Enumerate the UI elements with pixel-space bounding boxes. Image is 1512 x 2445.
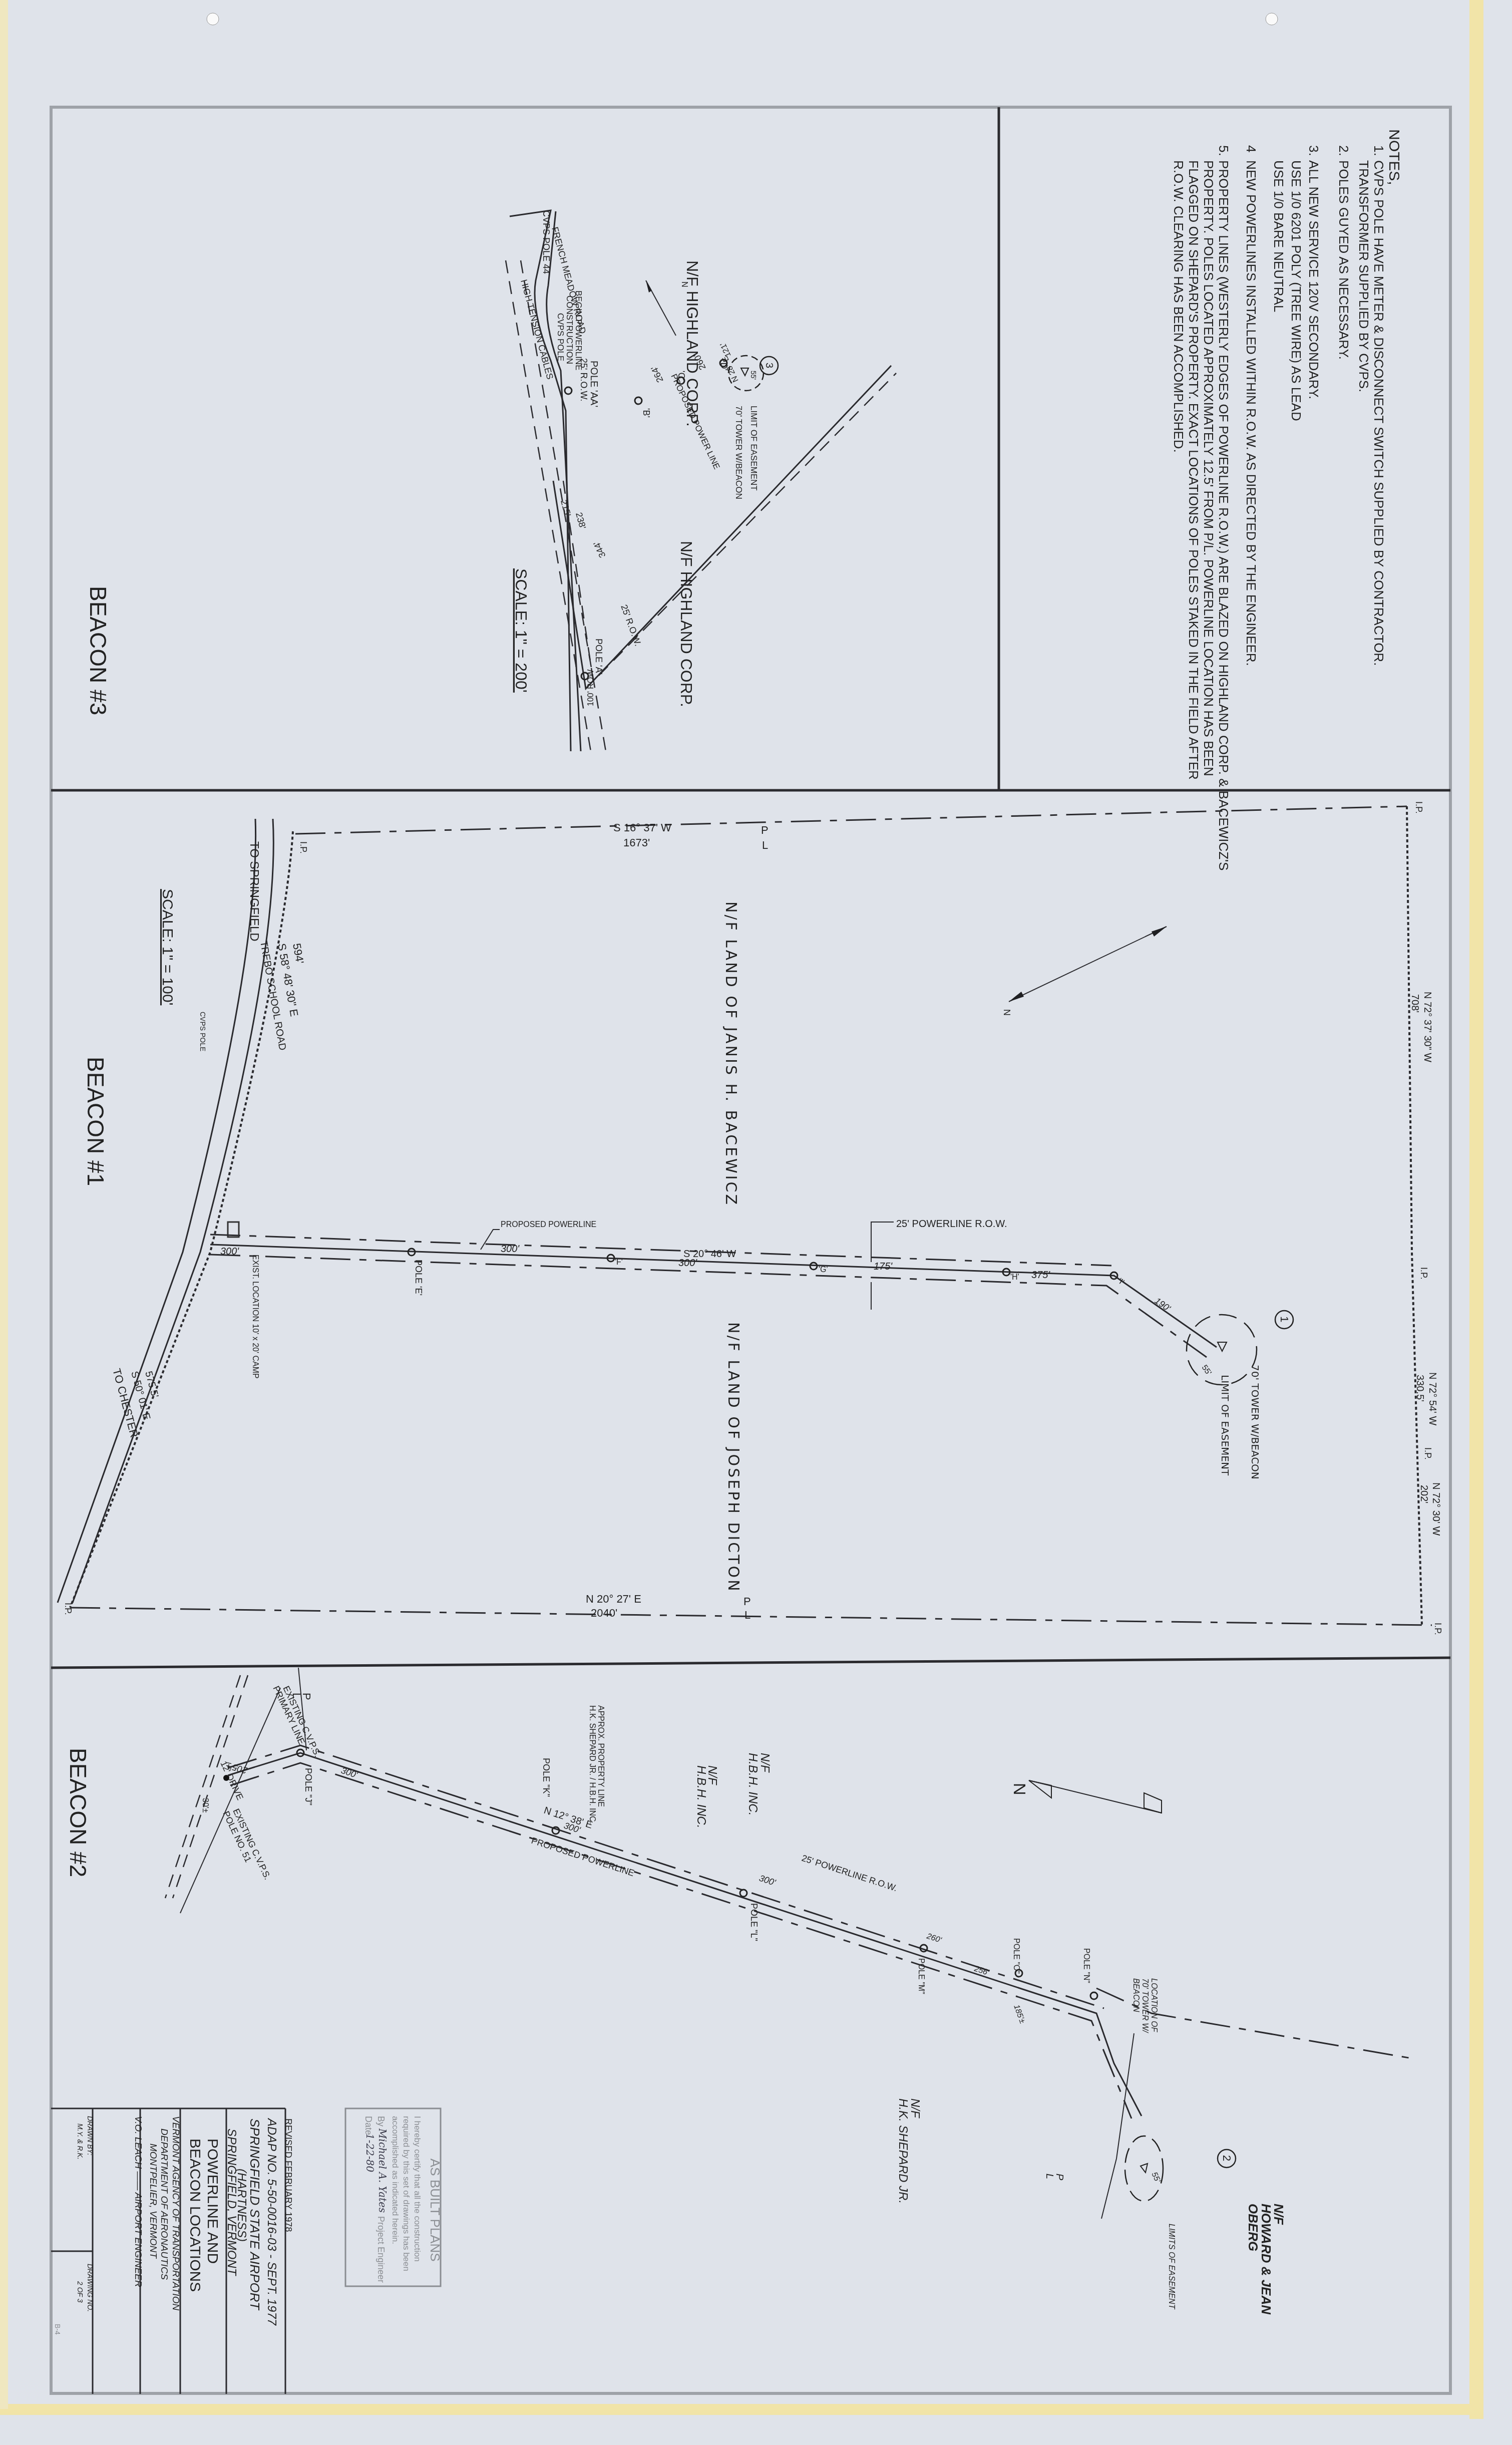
ip-2: I.P.: [1414, 801, 1424, 814]
north-arrow-3-head: [646, 280, 652, 292]
beacon-2-easement-circle: [1125, 2136, 1163, 2201]
easement-2-label: LIMITS OF EASEMENT: [1167, 2224, 1176, 2310]
bottom-bearing: N 20° 27' E: [586, 1593, 641, 1605]
beacon-2-powerline: [228, 1753, 1142, 2116]
drawn-by-value: M.Y. & R.K.: [76, 2123, 84, 2160]
as-built-by-label: By: [376, 2116, 386, 2126]
oberg-side-line: [1101, 2033, 1134, 2219]
tower-loc-2: 70' TOWER W/: [1141, 1978, 1149, 2033]
note-5-line-3: FLAGGED ON SHEPARD'S PROPERTY. EXACT LOC…: [1186, 160, 1201, 780]
north-arrow-1-head: [1009, 992, 1024, 1002]
dim-344: 344': [591, 540, 607, 559]
trebo-school-road-edge: [58, 819, 256, 1603]
row-100-label: 100' ROW: [587, 669, 595, 706]
right-bearing-3: N 72° 30' W: [1430, 1482, 1441, 1536]
note-1-line-2: TRANSFORMER SUPPLIED BY CVPS.: [1356, 160, 1371, 392]
south-property-line: [70, 1608, 1432, 1625]
pole-g-label: 'G': [819, 1266, 828, 1274]
dim-300-l: 300': [758, 1873, 778, 1888]
pl-mark-oberg-l: L: [1044, 2174, 1055, 2179]
row-25-label: 25' R.O.W.: [579, 358, 589, 401]
dim-55-b1: 55': [1200, 1364, 1213, 1377]
owner-hbh-top-1: N/F: [758, 1753, 772, 1773]
pole-k-label: POLE "K": [541, 1758, 551, 1797]
project-number: ADAP NO. 5-50-0016-03 - SEPT. 1977: [265, 2117, 278, 2326]
beacon-3-scale: SCALE: 1" = 200': [512, 568, 530, 693]
ip-6: I.P.: [63, 1603, 73, 1615]
note-5-line-2: PROPERTY. POLES LOCATED APPROXIMATELY 12…: [1201, 160, 1216, 776]
ip-4: I.P.: [1423, 1447, 1433, 1460]
dim-260: 260': [925, 1932, 943, 1945]
pl-bearing: S 20° 46' W: [683, 1249, 736, 1260]
airport-name: SPRINGFIELD STATE AIRPORT: [247, 2118, 262, 2311]
pole-aa: [565, 387, 572, 394]
beacon-2-row-top: [228, 1745, 1104, 2008]
agency-2: DEPARTMENT OF AERONAUTICS: [159, 2128, 169, 2280]
beacon-2-num: 2: [1221, 2155, 1233, 2161]
pole-a-label: POLE 'A': [594, 639, 604, 675]
as-built-date: 1-22-80: [364, 2133, 376, 2172]
airport-location: SPRINGFIELD, VERMONT: [225, 2128, 238, 2277]
beacon-2-title: BEACON #2: [65, 1748, 91, 1877]
north-label-2: N: [1010, 1783, 1029, 1795]
pl-mark-bottom: P: [743, 1595, 751, 1608]
north-label-3: N: [680, 281, 688, 287]
pole-b: [635, 397, 642, 404]
easement-1-label: LIMIT OF EASEMENT: [1219, 1375, 1231, 1476]
as-built-line-1: I hereby certify that all the constructi…: [413, 2116, 422, 2262]
note-3-num: 3.: [1306, 145, 1321, 156]
dim-300-a: 300': [220, 1246, 239, 1257]
drive-dim: 30'±: [201, 1798, 209, 1813]
pole-n-label: POLE "N": [1082, 1948, 1090, 1983]
agency-3: MONTPELIER, VERMONT: [148, 2144, 158, 2259]
as-built-line-2: required by this set of drawings has bee…: [402, 2116, 411, 2271]
note-5-line-4: R.O.W. CLEARING HAS BEEN ACCOMPLISHED.: [1171, 160, 1186, 453]
beacon-3-row: [563, 373, 896, 681]
north-arrow-1-tail: [1152, 927, 1167, 937]
drawn-by-label: DRAWN BY:: [86, 2116, 94, 2156]
bottom-len: 2040': [591, 1607, 617, 1619]
owner-dicton: N/F LAND OF JOSEPH DICTON: [724, 1322, 742, 1593]
dim-185: 185'±: [1012, 2004, 1026, 2025]
approx-line-2: H.K. SHEPARD JR. / H.B.H. INC.: [588, 1705, 596, 1824]
as-built-signature: Michael A. Yates: [376, 2128, 389, 2213]
pl-mark-top-l: L: [762, 839, 768, 851]
tower-loc-3: BEACON: [1131, 1978, 1140, 2012]
note-4-line-1: NEW POWERLINES INSTALLED WITHIN R.O.W. A…: [1244, 160, 1259, 666]
note-3-line-1: ALL NEW SERVICE 120V SECONDARY.: [1306, 160, 1321, 399]
ip-3: I.P.: [1419, 1267, 1429, 1280]
b2-row-label: 25' POWERLINE R.O.W.: [801, 1853, 899, 1894]
north-arrow-1: [1009, 927, 1167, 1002]
note-5-num: 5.: [1216, 145, 1231, 156]
top-len: 1673': [623, 836, 650, 849]
pole-h-label: 'H': [1010, 1273, 1019, 1282]
agency-4: V.O. LEACH —— AIRPORT ENGINEER: [133, 2116, 143, 2287]
ip-1: I.P.: [298, 841, 308, 854]
north-arrow-2-shaft: [1029, 1780, 1162, 1813]
drawing-title-1: POWERLINE AND: [204, 2138, 221, 2264]
existing-primary-line: [165, 1675, 240, 1898]
dim-300-b: 300': [501, 1244, 520, 1255]
beacon-1-row-top: [210, 1235, 1111, 1266]
agency-1: VERMONT AGENCY OF TRANSPORTATION: [170, 2116, 181, 2310]
right-bearing-1: N 72° 37' 30" W: [1422, 992, 1433, 1062]
owner-bacewicz: N/F LAND OF JANIS H. BACEWICZ: [722, 901, 739, 1206]
to-springfield-label: TO SPRINGFIELD: [247, 841, 261, 942]
as-built-date-label: Date: [363, 2116, 373, 2135]
cvps-pole-label: CVPS POLE: [199, 1012, 207, 1051]
pl-mark-b2-l: L: [290, 1693, 303, 1699]
punch-hole: [1266, 13, 1278, 25]
pole-l-label: POLE "L": [749, 1903, 759, 1941]
tower-3-label: 70' TOWER W/BEACON: [734, 406, 743, 499]
cvps-pole-44: CVPS POLE 44: [541, 210, 551, 274]
dim-175: 175': [874, 1261, 893, 1272]
pole-m-label: POLE "M": [917, 1958, 925, 1994]
pl-mark-top: P: [761, 824, 769, 836]
beacon-1-scale: SCALE: 1" = 100': [159, 889, 176, 1005]
approx-line-1: APPROX. PROPERTY LINE: [596, 1705, 605, 1807]
pole-f-label: 'F': [615, 1258, 623, 1267]
right-len-3: 202': [1418, 1485, 1429, 1503]
row-leader-top: [871, 1222, 894, 1262]
pole-aa-label: POLE 'AA': [588, 361, 599, 407]
easement-3-label: LIMIT OF EASEMENT: [749, 406, 759, 491]
beacon-2-row-bottom: [230, 1763, 1131, 2118]
dim-215: 215': [559, 499, 573, 518]
right-bearing-2: N 72° 54' W: [1427, 1372, 1438, 1425]
dim-375: 375': [1031, 1270, 1050, 1281]
beacon-3-num: 3: [764, 363, 775, 368]
note-3-line-3: USE 1/0 BARE NEUTRAL: [1271, 160, 1286, 312]
note-2-line-1: POLES GUYED AS NECESSARY.: [1336, 160, 1351, 360]
begin-label-2: CONSTRUCTION: [565, 295, 574, 364]
beacon-1-num: 1: [1278, 1316, 1291, 1322]
pole-b-label: 'B': [641, 408, 651, 418]
as-built-title: AS BUILT PLANS: [428, 2159, 443, 2262]
as-built-line-3: accomplished as indicated herein.: [391, 2116, 400, 2244]
north-property-line: [295, 806, 1407, 834]
beacon-3-title: BEACON #3: [85, 586, 111, 715]
dim-300-j: 300': [340, 1765, 359, 1780]
sheet-mark: B-4: [54, 2324, 62, 2335]
owner-hbh-top-2: H.B.H. INC.: [746, 1753, 760, 1815]
pole-e-label: POLE 'E': [414, 1260, 424, 1296]
note-3-line-2: USE 1/0 6201 POLY (TREE WIRE) AS LEAD: [1289, 160, 1304, 421]
pl-mark-oberg: P: [1054, 2174, 1065, 2181]
begin-label-3: CVPS POLE: [556, 313, 565, 361]
tower-loc-1: LOCATION OF: [1150, 1978, 1158, 2032]
drawing-no-value: 2 OF 3: [76, 2281, 84, 2303]
note-2-num: 2.: [1336, 145, 1351, 156]
tower-1-label: 70' TOWER W/BEACON: [1249, 1365, 1261, 1479]
road-len-1: 594': [290, 943, 306, 965]
drawing-title-2: BEACON LOCATIONS: [187, 2138, 203, 2292]
ip-5: I.P.: [1433, 1623, 1443, 1635]
note-5-line-1: PROPERTY LINES (WESTERLY EDGES OF POWERL…: [1216, 160, 1231, 870]
owner-shepard-1: N/F: [908, 2098, 922, 2118]
top-bearing: S 16° 37' W: [613, 821, 671, 834]
drawing-no-label: DRAWING NO.: [86, 2264, 94, 2312]
right-len-1: 708': [1409, 994, 1420, 1013]
owner-oberg-3: OBERG: [1246, 2204, 1261, 2251]
pl-mark-bottom-l: L: [744, 1609, 750, 1621]
as-built-stamp: AS BUILT PLANS I hereby certify that all…: [345, 2108, 443, 2286]
tower-2-icon: [1141, 2164, 1148, 2173]
north-arrow-2-tail: [1144, 1793, 1162, 1813]
as-built-role: Project Engineer: [376, 2216, 386, 2283]
row-label: 25' POWERLINE R.O.W.: [896, 1218, 1007, 1230]
beacon-1-title: BEACON #1: [83, 1057, 109, 1186]
notes-heading: NOTES,: [1386, 129, 1402, 185]
beacon-3-owner-lower: N/F HIGHLAND CORP.: [677, 541, 695, 707]
notes-block: NOTES, 1. CVPS POLE HAVE METER & DISCONN…: [1171, 129, 1402, 870]
tower-1-icon: [1218, 1342, 1227, 1351]
dim-264: 264': [649, 365, 665, 384]
drawing-canvas: NOTES, 1. CVPS POLE HAVE METER & DISCONN…: [0, 0, 1512, 2445]
camp-label: EXIST. LOCATION 10' x 20' CAMP: [251, 1255, 259, 1379]
owner-hbh-2: H.B.H. INC.: [694, 1765, 708, 1828]
north-label-1: N: [1002, 1009, 1012, 1016]
title-block: REVISED FEBRUARY 1978 ADAP NO. 5-50-0016…: [51, 2108, 293, 2394]
beacon-1-row-bottom: [210, 1255, 1207, 1357]
revised-label: REVISED FEBRUARY 1978: [283, 2118, 293, 2232]
note-4-num: 4: [1244, 145, 1259, 152]
dim-55-b2: 55': [1150, 2171, 1162, 2185]
pole-l: [740, 1890, 747, 1897]
tower-3-icon: [741, 368, 748, 376]
dim-238: 238': [574, 511, 588, 530]
note-1-line-1: CVPS POLE HAVE METER & DISCONNECT SWITCH…: [1371, 160, 1386, 666]
pole-j-label: POLE "J": [303, 1768, 313, 1805]
beacon-1-panel: BEACON #1 SCALE: 1" = 100' TO SPRINGFIEL…: [58, 801, 1443, 1635]
beacon-3-panel: BEACON #3 SCALE: 1" = 200' N/F HIGHLAND …: [85, 210, 896, 751]
right-len-2: 330.5': [1414, 1375, 1425, 1402]
divider-beacon1-beacon2: [51, 1658, 1450, 1668]
dim-121: 121': [719, 341, 733, 358]
owner-shepard-2: H.K. SHEPARD JR.: [896, 2098, 910, 2204]
pole-o-label: POLE "O": [1012, 1938, 1020, 1974]
proposed-leader: [481, 1230, 500, 1250]
dim-190: 190': [1153, 1296, 1173, 1314]
pole-n: [1090, 1992, 1097, 1999]
dim-55-b3: 55': [749, 371, 758, 380]
punch-hole: [207, 13, 219, 25]
note-1-num: 1.: [1371, 145, 1386, 156]
proposed-powerline-label: PROPOSED POWERLINE: [501, 1220, 596, 1229]
